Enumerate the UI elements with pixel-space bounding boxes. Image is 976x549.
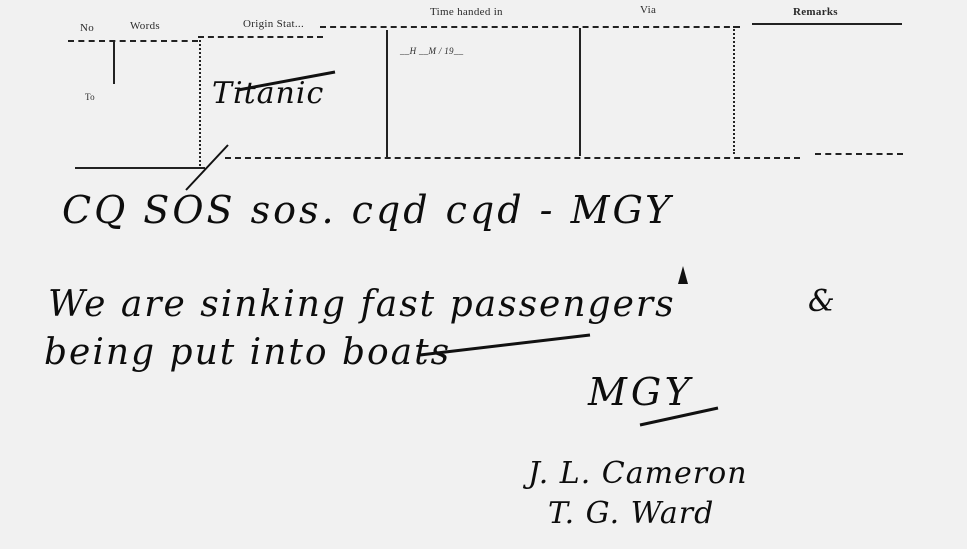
header-time-handed-in: Time handed in	[430, 6, 503, 18]
message-line-2: We are sinking fast passengers	[48, 284, 676, 325]
rule-bottom-right	[815, 153, 903, 155]
header-remarks: Remarks	[793, 6, 838, 18]
rule-bottom-left	[75, 167, 205, 169]
divider-remarks-left	[733, 26, 735, 154]
message-callsign: MGY	[588, 370, 694, 414]
message-line-2-ampersand: &	[808, 284, 836, 319]
to-label: To	[85, 92, 95, 102]
ink-strokes	[0, 0, 967, 549]
divider-no-words	[113, 42, 115, 84]
rule-top-left	[68, 40, 198, 42]
header-origin-station: Origin Stat...	[243, 18, 304, 30]
time-fields: __H __M / 19__	[400, 46, 463, 56]
divider-time-left	[386, 30, 388, 158]
origin-value: Titanic	[212, 76, 324, 111]
header-no: No	[80, 22, 94, 34]
signature-operator-1: J. L. Cameron	[528, 456, 748, 491]
rule-bottom-middle	[225, 157, 800, 159]
message-line-1: CQ SOS sos. cqd cqd - MGY	[62, 188, 673, 232]
ink-blot-mark	[678, 266, 688, 284]
message-line-3: being put into boats	[44, 332, 451, 373]
telegram-form: No Words Origin Stat... Time handed in V…	[0, 0, 967, 549]
signature-operator-2: T. G. Ward	[548, 496, 714, 531]
header-words: Words	[130, 20, 160, 32]
divider-origin-left	[199, 40, 201, 166]
divider-via-left	[579, 28, 581, 156]
rule-top-origin	[198, 36, 323, 38]
rule-top-middle	[320, 26, 740, 28]
rule-top-remarks	[752, 23, 902, 25]
header-via: Via	[640, 4, 656, 16]
